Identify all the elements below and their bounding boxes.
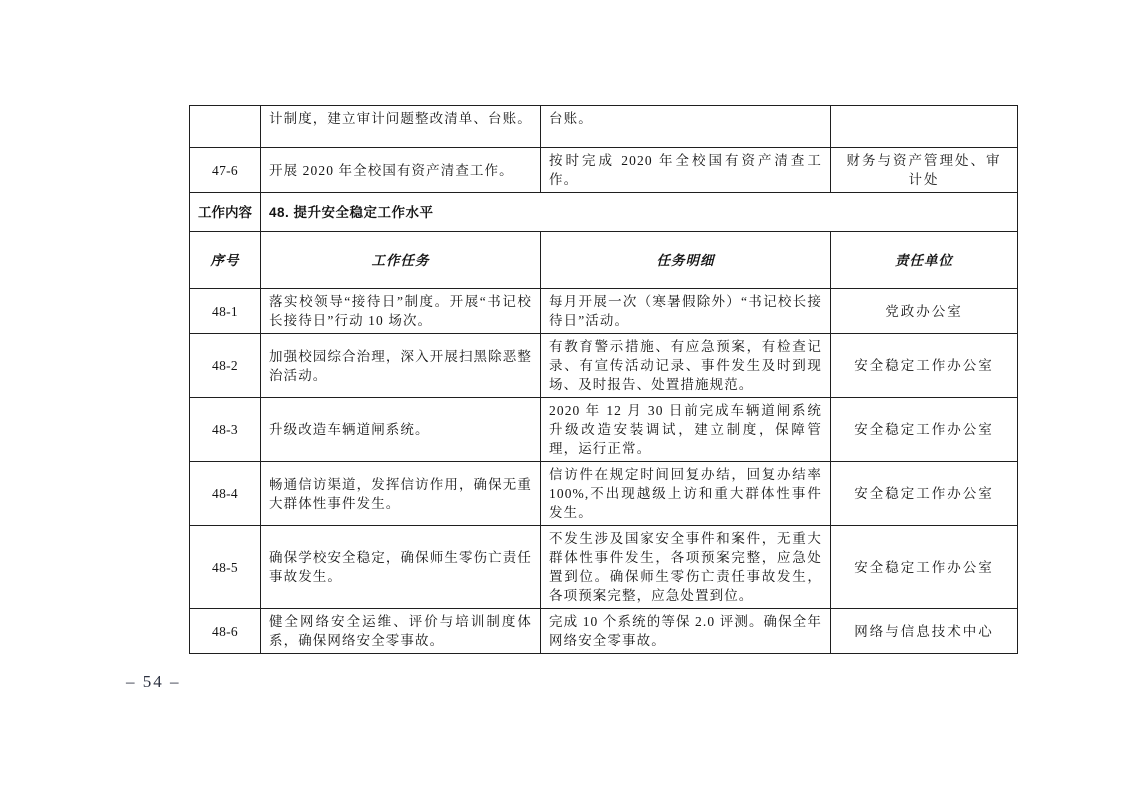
section-label: 工作内容: [190, 193, 261, 232]
header-seq: 序号: [190, 232, 261, 289]
page-number: – 54 –: [126, 672, 181, 692]
document-page: 计制度，建立审计问题整改清单、台账。 台账。 47-6 开展 2020 年全校国…: [0, 0, 1122, 793]
column-header-row: 序号 工作任务 任务明细 责任单位: [190, 232, 1018, 289]
row-48-6-unit: 网络与信息技术中心: [831, 609, 1018, 654]
table-row-48-3: 48-3 升级改造车辆道闸系统。 2020 年 12 月 30 日前完成车辆道闸…: [190, 398, 1018, 462]
carryover-detail-cell: 台账。: [541, 106, 831, 148]
work-plan-table: 计制度，建立审计问题整改清单、台账。 台账。 47-6 开展 2020 年全校国…: [189, 105, 1018, 654]
row-48-4-unit: 安全稳定工作办公室: [831, 462, 1018, 526]
section-title: 48. 提升安全稳定工作水平: [261, 193, 1018, 232]
row-48-1-seq: 48-1: [190, 289, 261, 334]
row-47-6-unit: 财务与资产管理处、审计处: [831, 148, 1018, 193]
row-48-2-seq: 48-2: [190, 334, 261, 398]
table-row-47-6: 47-6 开展 2020 年全校国有资产清查工作。 按时完成 2020 年全校国…: [190, 148, 1018, 193]
header-task: 工作任务: [261, 232, 541, 289]
header-detail: 任务明细: [541, 232, 831, 289]
row-48-4-task: 畅通信访渠道，发挥信访作用，确保无重大群体性事件发生。: [261, 462, 541, 526]
table-row-carryover: 计制度，建立审计问题整改清单、台账。 台账。: [190, 106, 1018, 148]
carryover-unit-cell: [831, 106, 1018, 148]
row-47-6-detail: 按时完成 2020 年全校国有资产清查工作。: [541, 148, 831, 193]
table-row-48-6: 48-6 健全网络安全运维、评价与培训制度体系，确保网络安全零事故。 完成 10…: [190, 609, 1018, 654]
row-48-5-seq: 48-5: [190, 526, 261, 609]
row-48-5-task: 确保学校安全稳定，确保师生零伤亡责任事故发生。: [261, 526, 541, 609]
row-48-3-detail: 2020 年 12 月 30 日前完成车辆道闸系统升级改造安装调试，建立制度，保…: [541, 398, 831, 462]
row-48-2-detail: 有教育警示措施、有应急预案，有检查记录、有宣传活动记录、事件发生及时到现场、及时…: [541, 334, 831, 398]
row-48-3-seq: 48-3: [190, 398, 261, 462]
row-48-1-detail: 每月开展一次（寒暑假除外）“书记校长接待日”活动。: [541, 289, 831, 334]
section-header-row: 工作内容 48. 提升安全稳定工作水平: [190, 193, 1018, 232]
row-48-2-unit: 安全稳定工作办公室: [831, 334, 1018, 398]
table-row-48-5: 48-5 确保学校安全稳定，确保师生零伤亡责任事故发生。 不发生涉及国家安全事件…: [190, 526, 1018, 609]
table-row-48-4: 48-4 畅通信访渠道，发挥信访作用，确保无重大群体性事件发生。 信访件在规定时…: [190, 462, 1018, 526]
row-48-6-task: 健全网络安全运维、评价与培训制度体系，确保网络安全零事故。: [261, 609, 541, 654]
row-48-6-seq: 48-6: [190, 609, 261, 654]
row-47-6-seq: 47-6: [190, 148, 261, 193]
row-48-4-detail: 信访件在规定时间回复办结，回复办结率 100%,不出现越级上访和重大群体性事件发…: [541, 462, 831, 526]
table-row-48-1: 48-1 落实校领导“接待日”制度。开展“书记校长接待日”行动 10 场次。 每…: [190, 289, 1018, 334]
row-48-5-detail: 不发生涉及国家安全事件和案件，无重大群体性事件发生，各项预案完整，应急处置到位。…: [541, 526, 831, 609]
carryover-task-cell: 计制度，建立审计问题整改清单、台账。: [261, 106, 541, 148]
carryover-seq-cell: [190, 106, 261, 148]
row-48-6-detail: 完成 10 个系统的等保 2.0 评测。确保全年网络安全零事故。: [541, 609, 831, 654]
row-48-1-unit: 党政办公室: [831, 289, 1018, 334]
row-48-1-task: 落实校领导“接待日”制度。开展“书记校长接待日”行动 10 场次。: [261, 289, 541, 334]
row-47-6-task: 开展 2020 年全校国有资产清查工作。: [261, 148, 541, 193]
row-48-5-unit: 安全稳定工作办公室: [831, 526, 1018, 609]
table-row-48-2: 48-2 加强校园综合治理，深入开展扫黑除恶整治活动。 有教育警示措施、有应急预…: [190, 334, 1018, 398]
header-unit: 责任单位: [831, 232, 1018, 289]
row-48-3-task: 升级改造车辆道闸系统。: [261, 398, 541, 462]
row-48-2-task: 加强校园综合治理，深入开展扫黑除恶整治活动。: [261, 334, 541, 398]
row-48-4-seq: 48-4: [190, 462, 261, 526]
row-48-3-unit: 安全稳定工作办公室: [831, 398, 1018, 462]
